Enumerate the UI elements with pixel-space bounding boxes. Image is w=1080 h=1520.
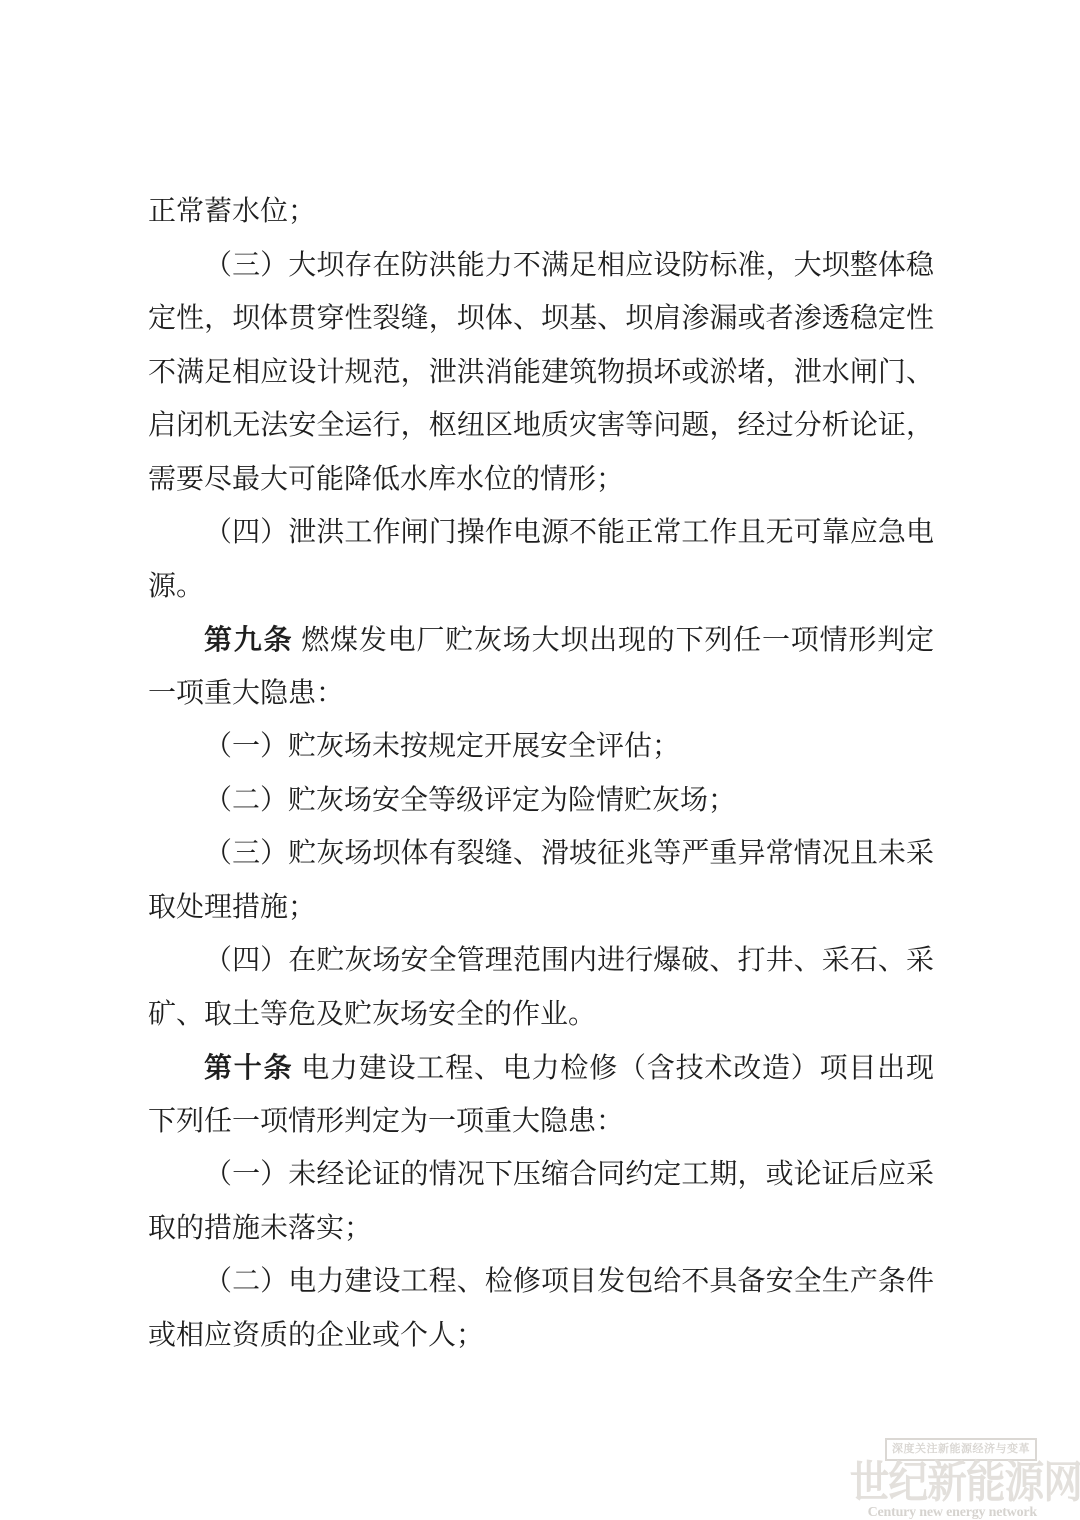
text-line: 源。 [148, 560, 934, 614]
line-text: （一）贮灰场未按规定开展安全评估； [204, 731, 680, 762]
line-text: 不满足相应设计规范，泄洪消能建筑物损坏或淤堵，泄水闸门、 [148, 357, 934, 388]
line-text: （二）电力建设工程、检修项目发包给不具备安全生产条件 [204, 1266, 934, 1297]
text-line: （四）泄洪工作闸门操作电源不能正常工作且无可靠应急电 [148, 506, 934, 560]
line-text: 定性，坝体贯穿性裂缝，坝体、坝基、坝肩渗漏或者渗透稳定性 [148, 303, 934, 334]
line-text: 或相应资质的企业或个人； [148, 1320, 484, 1351]
text-line: 需要尽最大可能降低水库水位的情形； [148, 453, 934, 507]
line-text: 一项重大隐患： [148, 678, 344, 709]
text-line: 启闭机无法安全运行，枢纽区地质灾害等问题，经过分析论证， [148, 399, 934, 453]
text-line: 取处理措施； [148, 881, 934, 935]
line-text: 需要尽最大可能降低水库水位的情形； [148, 464, 624, 495]
line-text: 源。 [148, 571, 204, 602]
line-text: 正常蓄水位； [148, 196, 316, 227]
text-block: 正常蓄水位；（三）大坝存在防洪能力不满足相应设防标准，大坝整体稳定性，坝体贯穿性… [148, 185, 934, 1362]
text-line: （二）贮灰场安全等级评定为险情贮灰场； [148, 774, 934, 828]
watermark-slogan: 深度关注新能源经济与变革 [885, 1438, 1037, 1461]
line-text: 矿、取土等危及贮灰场安全的作业。 [148, 999, 596, 1030]
line-text: 启闭机无法安全运行，枢纽区地质灾害等问题，经过分析论证， [148, 410, 934, 441]
text-line: 不满足相应设计规范，泄洪消能建筑物损坏或淤堵，泄水闸门、 [148, 346, 934, 400]
line-text: 取处理措施； [148, 892, 316, 923]
text-line: （三）大坝存在防洪能力不满足相应设防标准，大坝整体稳 [148, 239, 934, 293]
line-text: （一）未经论证的情况下压缩合同约定工期，或论证后应采 [204, 1159, 934, 1190]
line-text: 电力建设工程、电力检修（含技术改造）项目出现的 [204, 1053, 934, 1095]
text-line: 第九条 燃煤发电厂贮灰场大坝出现的下列任一项情形判定为 [148, 613, 934, 667]
watermark: 深度关注新能源经济与变革 世纪新能源网 Century new energy n… [838, 1434, 1080, 1520]
text-line: （四）在贮灰场安全管理范围内进行爆破、打井、采石、采 [148, 934, 934, 988]
text-line: （一）未经论证的情况下压缩合同约定工期，或论证后应采 [148, 1148, 934, 1202]
text-line: 正常蓄水位； [148, 185, 934, 239]
article-number: 第十条 [204, 1052, 293, 1083]
line-text: （四）在贮灰场安全管理范围内进行爆破、打井、采石、采 [204, 945, 934, 976]
watermark-logo-text: 世纪新能源网 [850, 1446, 1080, 1510]
text-line: （二）电力建设工程、检修项目发包给不具备安全生产条件 [148, 1255, 934, 1309]
text-line: 第十条 电力建设工程、电力检修（含技术改造）项目出现的 [148, 1041, 934, 1095]
line-text: （二）贮灰场安全等级评定为险情贮灰场； [204, 785, 736, 816]
line-text: （三）贮灰场坝体有裂缝、滑坡征兆等严重异常情况且未采 [204, 838, 934, 869]
watermark-logo-english: Century new energy network [868, 1505, 1037, 1520]
line-text: （四）泄洪工作闸门操作电源不能正常工作且无可靠应急电 [204, 517, 934, 548]
text-line: （三）贮灰场坝体有裂缝、滑坡征兆等严重异常情况且未采 [148, 827, 934, 881]
document-page: 正常蓄水位；（三）大坝存在防洪能力不满足相应设防标准，大坝整体稳定性，坝体贯穿性… [0, 0, 1080, 1520]
text-line: 定性，坝体贯穿性裂缝，坝体、坝基、坝肩渗漏或者渗透稳定性 [148, 292, 934, 346]
text-line: 取的措施未落实； [148, 1202, 934, 1256]
line-text: 取的措施未落实； [148, 1213, 372, 1244]
line-text: 下列任一项情形判定为一项重大隐患： [148, 1106, 624, 1137]
line-text: 燃煤发电厂贮灰场大坝出现的下列任一项情形判定为 [204, 625, 934, 667]
text-line: 矿、取土等危及贮灰场安全的作业。 [148, 988, 934, 1042]
text-line: 一项重大隐患： [148, 667, 934, 721]
text-line: 或相应资质的企业或个人； [148, 1309, 934, 1363]
text-line: 下列任一项情形判定为一项重大隐患： [148, 1095, 934, 1149]
line-text: （三）大坝存在防洪能力不满足相应设防标准，大坝整体稳 [204, 250, 934, 281]
article-number: 第九条 [204, 624, 293, 655]
text-line: （一）贮灰场未按规定开展安全评估； [148, 720, 934, 774]
